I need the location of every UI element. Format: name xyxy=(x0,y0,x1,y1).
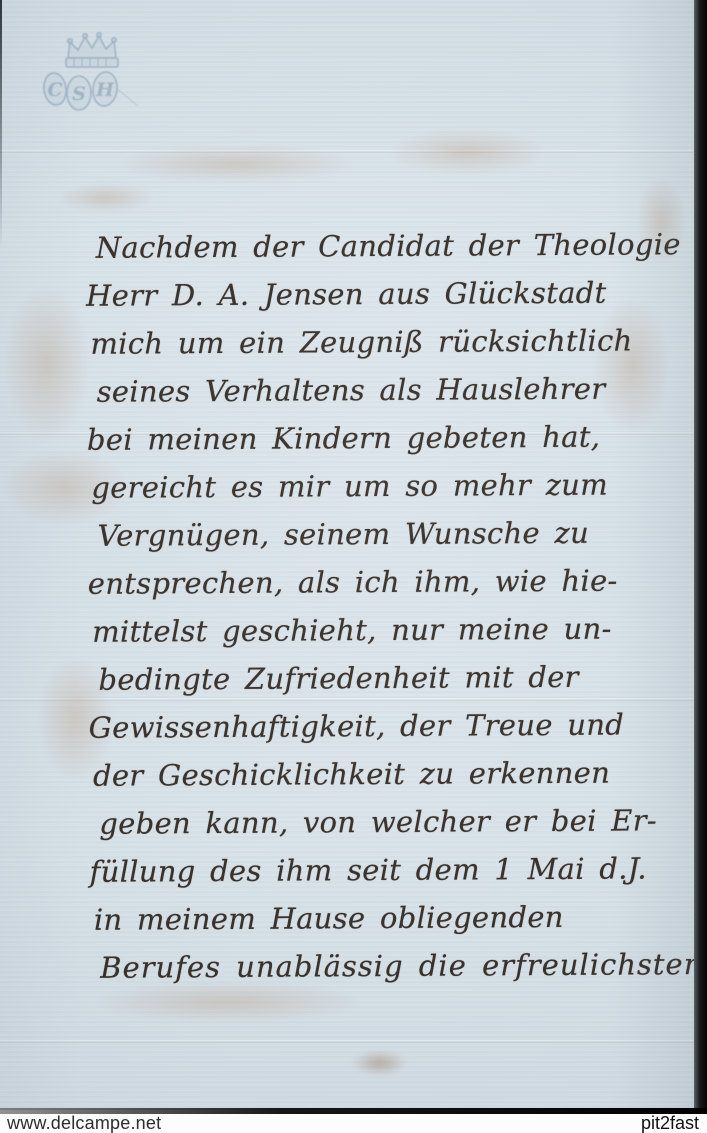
ink-bleed-stain xyxy=(2,450,127,525)
letter-line: Gewissenhaftigkeit, der Treue und xyxy=(89,700,679,752)
letter-line: gereicht es mir um so mehr zum xyxy=(87,460,677,512)
scan-border-left xyxy=(0,0,2,250)
ink-bleed-stain xyxy=(58,184,153,212)
fold-crease xyxy=(0,432,696,435)
letter-line: Nachdem der Candidat der Theologie xyxy=(86,220,676,272)
fold-crease xyxy=(0,698,696,701)
pit2fast-watermark: pit2fast xyxy=(641,1114,699,1133)
fold-crease xyxy=(0,150,696,153)
ink-bleed-stain xyxy=(95,982,360,1022)
scanned-letter-photo: C S H Nachdem der Candidat der Theologie… xyxy=(0,0,707,1133)
letter-paper: C S H Nachdem der Candidat der Theologie… xyxy=(0,0,696,1110)
letter-body: Nachdem der Candidat der Theologie Herr … xyxy=(86,220,681,992)
letter-line: geben kann, von welcher er bei Er- xyxy=(89,796,679,848)
letter-line: bedingte Zufriedenheit mit der xyxy=(88,652,678,704)
delcampe-watermark: www.delcampe.net xyxy=(7,1114,161,1133)
ink-bleed-stain xyxy=(38,656,113,781)
ink-bleed-stain xyxy=(594,298,669,433)
ink-bleed-stain xyxy=(638,178,686,263)
letter-line: mich um ein Zeugniß rücksichtlich xyxy=(86,316,676,368)
letter-line: Berufes unablässig die erfreulichsten xyxy=(90,940,680,992)
ink-bleed-stain xyxy=(390,130,545,174)
letter-line: Herr D. A. Jensen aus Glückstadt xyxy=(86,268,676,320)
ink-bleed-stain xyxy=(352,1050,407,1076)
crown-emboss-icon: C S H xyxy=(38,26,142,118)
ink-bleed-stain xyxy=(4,286,89,441)
monogram-letter: H xyxy=(95,79,115,101)
letter-line: in meinem Hause obliegenden xyxy=(90,892,680,944)
letter-line: füllung des ihm seit dem 1 Mai d.J. xyxy=(89,844,679,896)
fold-crease xyxy=(0,1040,696,1043)
letter-line: Vergnügen, seinem Wunsche zu xyxy=(87,508,677,560)
ink-bleed-stain xyxy=(118,146,353,182)
letter-line: bei meinen Kindern gebeten hat, xyxy=(87,412,677,464)
letter-line: der Geschicklichkeit zu erkennen xyxy=(89,748,679,800)
letter-line: mittelst geschieht, nur meine un- xyxy=(88,604,678,656)
monogram-letter: S xyxy=(72,83,86,105)
letter-line: entsprechen, als ich ihm, wie hie- xyxy=(88,556,678,608)
scan-border-right xyxy=(694,0,707,1116)
monogram-letter: C xyxy=(47,79,62,101)
letter-line: seines Verhaltens als Hauslehrer xyxy=(87,364,677,416)
